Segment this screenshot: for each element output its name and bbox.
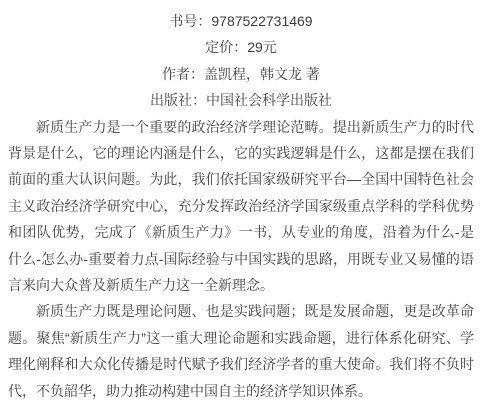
colon-separator: ：: [190, 66, 204, 82]
book-isbn-line: 书号：9787522731469: [8, 8, 474, 34]
colon-separator: ：: [233, 39, 247, 55]
book-price-label: 定价: [205, 39, 233, 55]
book-author-line: 作者：盖凯程，韩文龙 著: [8, 61, 474, 87]
book-isbn-value: 9787522731469: [211, 13, 312, 29]
description-paragraph-1: 新质生产力是一个重要的政治经济学理论范畴。提出新质生产力的时代背景是什么，它的理…: [8, 114, 474, 299]
description-paragraph-2: 新质生产力既是理论问题、也是实践问题；既是发展命题，更是改革命题。聚焦“新质生产…: [8, 298, 474, 403]
book-isbn-label: 书号: [169, 13, 197, 29]
book-publisher-value: 中国社会科学出版社: [206, 92, 332, 108]
book-price-line: 定价：29元: [8, 34, 474, 60]
book-price-value: 29元: [247, 39, 277, 55]
book-author-label: 作者: [162, 66, 190, 82]
book-publisher-line: 出版社：中国社会科学出版社: [8, 87, 474, 113]
book-detail-page: 书号：9787522731469 定价：29元 作者：盖凯程，韩文龙 著 出版社…: [0, 0, 482, 403]
book-meta: 书号：9787522731469 定价：29元 作者：盖凯程，韩文龙 著 出版社…: [8, 8, 474, 114]
book-publisher-label: 出版社: [150, 92, 192, 108]
book-description: 新质生产力是一个重要的政治经济学理论范畴。提出新质生产力的时代背景是什么，它的理…: [8, 114, 474, 403]
book-author-value: 盖凯程，韩文龙 著: [204, 66, 320, 82]
colon-separator: ：: [197, 13, 211, 29]
colon-separator: ：: [192, 92, 206, 108]
